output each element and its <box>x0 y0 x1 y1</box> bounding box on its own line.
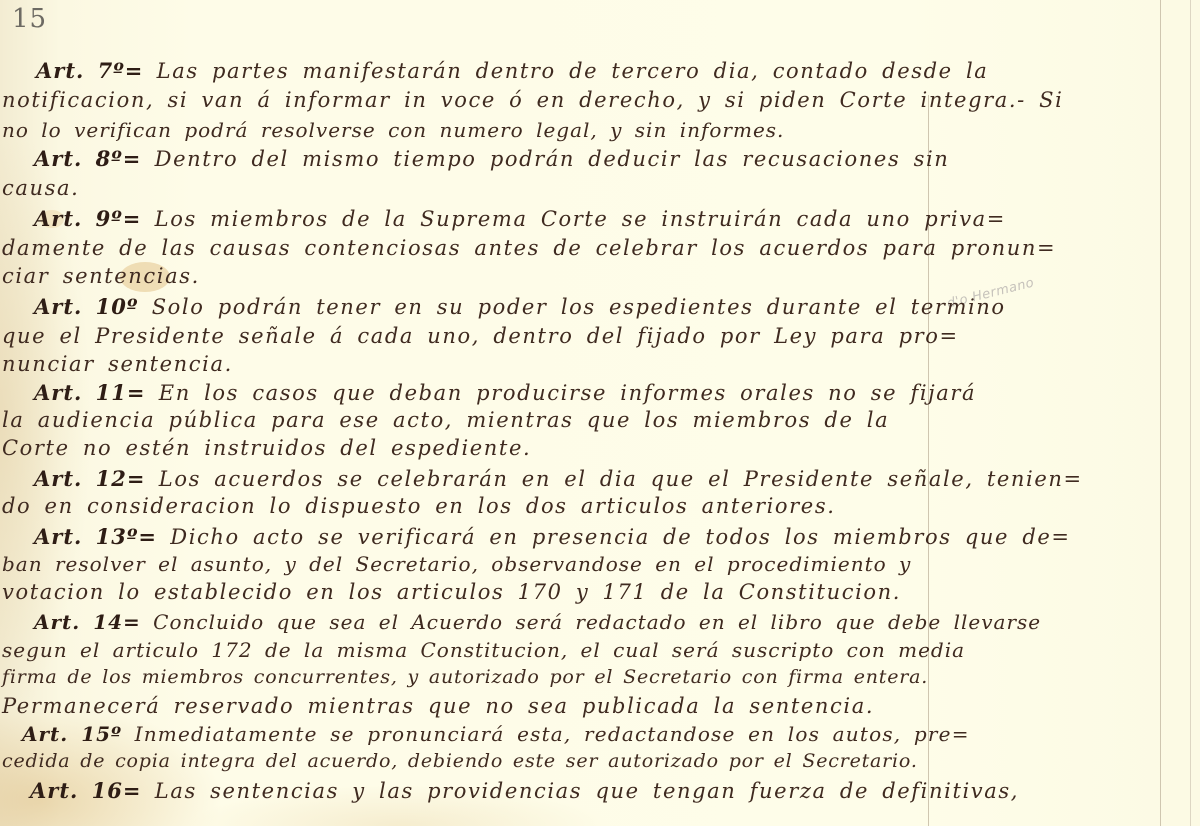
text-line: Permanecerá reservado mientras que no se… <box>2 694 874 718</box>
text-line: cedida de copia integra del acuerdo, deb… <box>2 750 918 772</box>
page-number: 15 <box>12 4 47 34</box>
text-line: Art. 13º= Dicho acto se verificará en pr… <box>34 524 1071 549</box>
article-label: Art. 8º= <box>34 146 141 171</box>
text-line: notificacion, si van á informar in voce … <box>2 88 1063 112</box>
margin-rule-right <box>1160 0 1161 826</box>
margin-rule-left <box>928 95 929 826</box>
text-line: la audiencia pública para ese acto, mien… <box>2 408 889 432</box>
text-line: segun el articulo 172 de la misma Consti… <box>2 638 965 662</box>
text-line: Art. 15º Inmediatamente se pronunciará e… <box>22 722 970 746</box>
page-edge-rule <box>1190 0 1191 826</box>
text-line: ban resolver el asunto, y del Secretario… <box>2 552 911 576</box>
text-line: causa. <box>2 176 79 200</box>
text-line: Art. 12= Los acuerdos se celebrarán en e… <box>34 466 1083 491</box>
text-line: damente de las causas contenciosas antes… <box>2 236 1056 260</box>
text-line: nunciar sentencia. <box>2 352 233 376</box>
text-line: votacion lo establecido en los articulos… <box>2 580 901 604</box>
article-label: Art. 11= <box>34 380 146 405</box>
article-label: Art. 16= <box>30 778 142 803</box>
text-line: Art. 14= Concluido que sea el Acuerdo se… <box>34 610 1041 634</box>
article-label: Art. 13º= <box>34 524 157 549</box>
text-line: Art. 9º= Los miembros de la Suprema Cort… <box>34 206 1006 231</box>
text-line: ciar sentencias. <box>2 264 200 288</box>
text-line: Corte no estén instruidos del espediente… <box>2 436 531 460</box>
article-label: Art. 7º= <box>36 58 143 83</box>
text-line: Art. 7º= Las partes manifestarán dentro … <box>36 58 988 83</box>
text-line: Art. 16= Las sentencias y las providenci… <box>30 778 1019 803</box>
article-label: Art. 10º <box>34 294 138 319</box>
article-label: Art. 9º= <box>34 206 141 231</box>
text-line: do en consideracion lo dispuesto en los … <box>2 494 835 518</box>
article-label: Art. 12= <box>34 466 146 491</box>
article-label: Art. 14= <box>34 610 141 634</box>
manuscript-page: 15 d'o Hermano Art. 7º= Las partes manif… <box>0 0 1200 826</box>
text-line: que el Presidente señale á cada uno, den… <box>2 324 959 348</box>
text-line: no lo verifican podrá resolverse con num… <box>2 118 784 142</box>
text-line: Art. 8º= Dentro del mismo tiempo podrán … <box>34 146 949 171</box>
article-label: Art. 15º <box>22 722 122 746</box>
text-line: firma de los miembros concurrentes, y au… <box>2 666 928 688</box>
text-line: Art. 10º Solo podrán tener en su poder l… <box>34 294 1006 319</box>
text-line: Art. 11= En los casos que deban producir… <box>34 380 976 405</box>
